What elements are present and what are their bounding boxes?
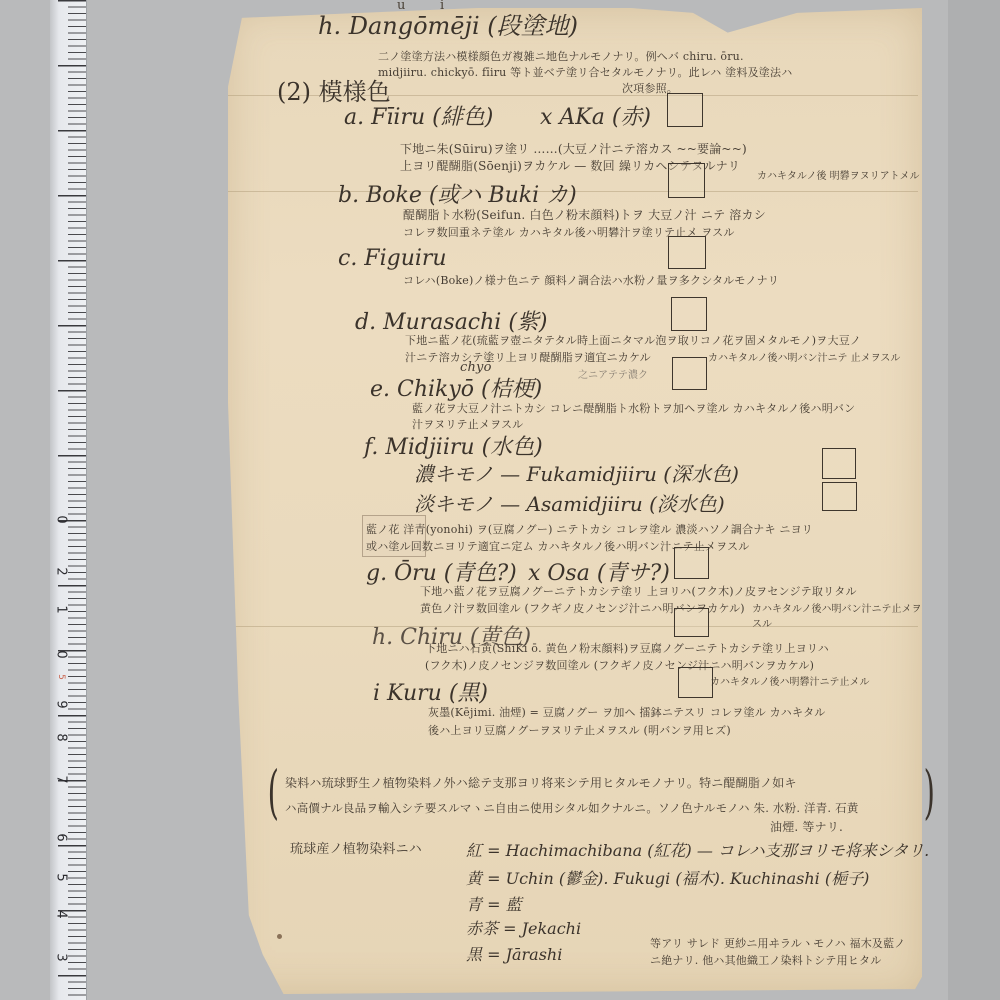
ruler-number: 4 bbox=[54, 906, 69, 924]
ruler-number: 1 bbox=[54, 601, 69, 619]
color-swatch-e bbox=[672, 357, 707, 390]
dye-entry-red: 紅 = Hachimachibana (紅花) — コレハ支那ヨリモ将来シタリ. bbox=[466, 838, 929, 861]
ink-stain bbox=[277, 934, 282, 939]
diacritic-u: u bbox=[397, 0, 405, 13]
color-swatch-f-deep bbox=[822, 448, 856, 479]
ruler-number: 2 bbox=[54, 563, 69, 581]
ruler-number: 5 bbox=[56, 668, 66, 686]
item-g-note-1: 下地ハ藍ノ花ヲ豆腐ノグーニテトカシテ塗リ 上ヨリハ(フク木)ノ皮ヲセンジテ取リタ… bbox=[420, 583, 857, 599]
item-b-title: b. Boke (或ハ Buki カ) bbox=[338, 178, 577, 209]
dye-note-line1: 染料ハ琉球野生ノ植物染料ノ外ハ総テ支那ヨリ将来シテ用ヒタルモノナリ。特ニ醍醐脂ノ… bbox=[285, 774, 797, 791]
background-edge bbox=[948, 0, 1000, 1000]
color-swatch-h bbox=[674, 608, 709, 637]
ruler-number: 8 bbox=[54, 729, 69, 747]
item-h-side-note: カハキタルノ後ハ明礬汁ニテ止メル bbox=[710, 673, 870, 688]
item-a-title: a. Fīiru (緋色) bbox=[344, 100, 493, 131]
item-h-note-1: 下地ニハ石黄(ShiKi ō. 黄色ノ粉末顔料)ヲ豆腐ノグーニテトカシテ塗リ上ヨ… bbox=[425, 640, 829, 656]
dye-entry-yellow: 黄 = Uchin (鬱金). Fukugi (福木). Kuchinashi … bbox=[466, 866, 869, 889]
color-swatch-g bbox=[674, 547, 709, 579]
item-a-side-note: カハキタルノ後 明礬ヲヌリアトメル bbox=[757, 167, 919, 182]
item-f-title: f. Midjiiru (水色) bbox=[364, 430, 543, 461]
item-c-title: c. Figuiru bbox=[338, 246, 447, 271]
item-d-note-2: 汁ニテ溶カシテ塗リ上ヨリ醍醐脂ヲ適宜ニカケル bbox=[405, 349, 651, 365]
ruler-number: 6 bbox=[54, 829, 69, 847]
dye-entry-redbrown: 赤茶 = Jekachi bbox=[466, 916, 581, 939]
ruler-number: 9 bbox=[54, 696, 69, 714]
item-e-note-1: 藍ノ花ヲ大豆ノ汁ニトカシ コレニ醍醐脂ト水粉トヲ加ヘヲ塗ル カハキタルノ後ハ明バ… bbox=[412, 400, 855, 416]
color-swatch-f-light bbox=[822, 482, 857, 511]
color-swatch-d bbox=[671, 297, 707, 331]
dye-entry-black: 黒 = Jārashi bbox=[466, 942, 562, 965]
color-swatch-c bbox=[668, 236, 706, 269]
item-d-faint-note: 之ニアテテ濃ク bbox=[578, 366, 648, 381]
item-g-side-note: カハキタルノ後ハ明バン汁ニテ止メヲスル bbox=[752, 600, 922, 630]
closing-note-line1: 等アリ サレド 更紗ニ用ヰラルヽモノハ 福木及藍ノ bbox=[650, 935, 906, 951]
ruler-number: 3 bbox=[54, 949, 69, 967]
item-e-title: e. Chikyō (桔梗) bbox=[370, 372, 542, 403]
color-swatch-a bbox=[667, 93, 703, 127]
color-swatch-i bbox=[678, 667, 713, 698]
item-c-note-1: コレハ(Boke)ノ様ナ色ニテ 顔料ノ調合法ハ水粉ノ量ヲ多クシタルモノナリ bbox=[403, 272, 779, 288]
ruler-number: 7 bbox=[54, 771, 69, 789]
left-parenthesis: ( bbox=[268, 758, 279, 826]
dye-note-line2: ハ高價ナル良品ヲ輸入シテ要スルマヽニ自由ニ使用シタル如クナルニ。ソノ色ナルモノハ… bbox=[285, 800, 859, 816]
ruler-number: 5 bbox=[54, 869, 69, 887]
dye-note-line3: 油煙. 等ナリ. bbox=[770, 818, 843, 835]
item-h-note-2: (フク木)ノ皮ノセンジヲ数回塗ル (フクギノ皮ノセンジ汁ニハ明バンヲカケル) bbox=[425, 657, 814, 673]
ruler-number: 0 bbox=[54, 646, 69, 664]
intro-note-line2: midjiiru. chickyō. fīiru 等ト並ベテ塗リ合セタルモノナリ… bbox=[378, 64, 792, 80]
ruler-major-ticks bbox=[58, 0, 86, 1000]
item-i-note-1: 灰墨(Kējimi. 油煙) = 豆腐ノグー ヲ加ヘ 擂鉢ニテスリ コレヲ塗ル … bbox=[428, 704, 826, 720]
measuring-ruler: 345678950120 bbox=[50, 0, 87, 1000]
item-f-sub-deep: 濃キモノ — Fukamidjiiru (深水色) bbox=[414, 458, 739, 487]
item-a-alt: x AKa (赤) bbox=[540, 100, 651, 131]
color-swatch-b bbox=[668, 163, 705, 198]
right-parenthesis: ) bbox=[924, 758, 935, 826]
item-d-side-note: カハキタルノ後ハ明バン汁ニテ 止メヲスル bbox=[708, 349, 900, 364]
item-f-sub-light: 淡キモノ — Asamidjiiru (淡水色) bbox=[414, 488, 725, 517]
ruler-number: 0 bbox=[54, 511, 69, 529]
item-b-note-1: 醍醐脂ト水粉(Seifun. 白色ノ粉末顔料)トヲ 大豆ノ汁 ニテ 溶カシ bbox=[403, 206, 766, 223]
item-i-title: i Kuru (黒) bbox=[373, 676, 488, 707]
diacritic-i: i bbox=[440, 0, 444, 13]
closing-note-line2: ニ絶ナリ. 他ハ其他織工ノ染料トシテ用ヒタル bbox=[650, 952, 881, 968]
ryukyu-dyes-label: 琉球産ノ植物染料ニハ bbox=[290, 838, 422, 857]
item-a-note-1: 下地ニ朱(Sūiru)ヲ塗リ ……(大豆ノ汁ニテ溶カス ~~要論~~) bbox=[400, 140, 747, 157]
item-e-correction: chyō bbox=[460, 360, 492, 375]
heading-dangomeji: h. Dangōmēji (段塗地) bbox=[318, 6, 578, 41]
item-f-note-1: 藍ノ花 洋青(yonohi) ヲ(豆腐ノグー) ニテトカシ コレヲ塗ル 濃淡ハソ… bbox=[366, 521, 813, 537]
intro-note-line1: 二ノ塗塗方法ハ模様顔色ガ複雑ニ地色ナルモノナリ。例ヘバ chiru. ōru. bbox=[378, 48, 744, 64]
item-d-note-1: 下地ニ藍ノ花(琉藍ヲ壺ニタテタル時上面ニタマル泡ヲ取リコノ花ヲ固メタルモノ)ヲ大… bbox=[405, 332, 861, 348]
item-i-note-2: 後ハ上ヨリ豆腐ノグーヲヌリテ止メヲスル (明バンヲ用ヒズ) bbox=[428, 722, 731, 738]
dye-entry-blue: 青 = 藍 bbox=[466, 892, 522, 915]
